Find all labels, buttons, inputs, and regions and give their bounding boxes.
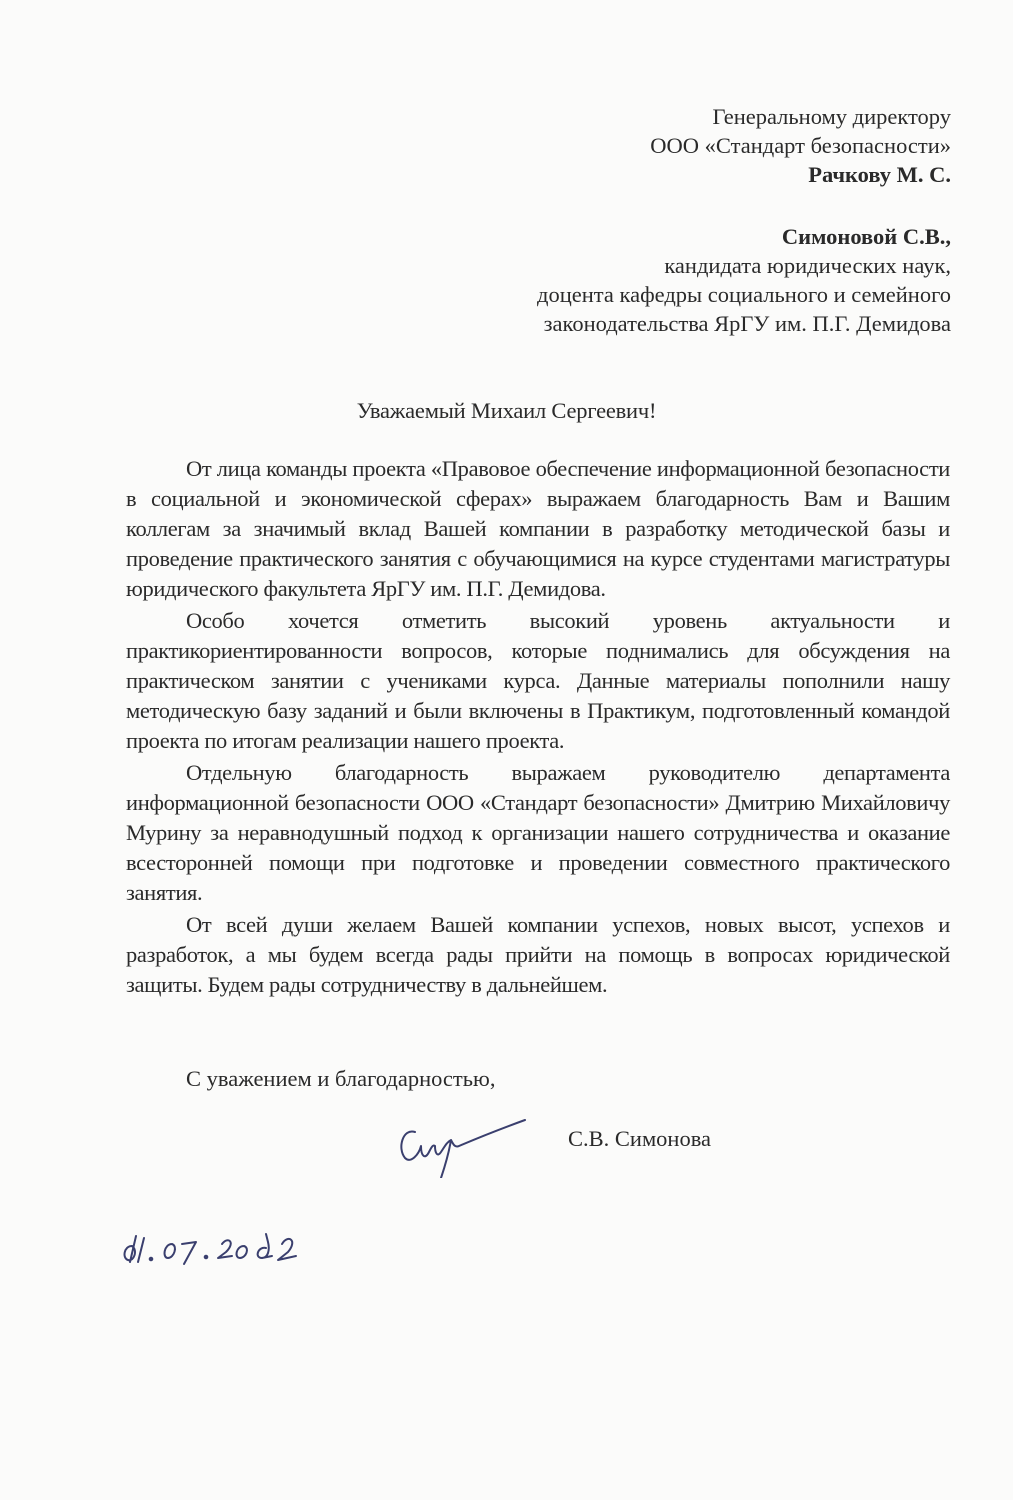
signature-icon (393, 1118, 528, 1178)
closing-phrase: С уважением и благодарностью, (186, 1066, 495, 1092)
signer-name: С.В. Симонова (568, 1126, 711, 1152)
addressee-company: ООО «Стандарт безопасности» (650, 131, 951, 160)
sender-degree: кандидата юридических наук, (537, 251, 951, 280)
sender-name: Симоновой С.В., (537, 222, 951, 251)
sender-position: доцента кафедры социального и семейного (537, 280, 951, 309)
sender-block: Симоновой С.В., кандидата юридических на… (537, 222, 951, 338)
handwritten-date (118, 1222, 338, 1272)
addressee-title: Генеральному директору (650, 102, 951, 131)
paragraph: Особо хочется отметить высокий уровень а… (126, 606, 950, 756)
greeting: Уважаемый Михаил Сергеевич! (0, 398, 1013, 424)
addressee-block: Генеральному директору ООО «Стандарт без… (650, 102, 951, 189)
paragraph: От всей души желаем Вашей компании успех… (126, 910, 950, 1000)
paragraph: Отдельную благодарность выражаем руковод… (126, 758, 950, 908)
letter-page: Генеральному директору ООО «Стандарт без… (0, 0, 1013, 1500)
letter-body: От лица команды проекта «Правовое обеспе… (126, 454, 950, 1002)
addressee-name: Рачкову М. С. (650, 160, 951, 189)
paragraph: От лица команды проекта «Правовое обеспе… (126, 454, 950, 604)
sender-department: законодательства ЯрГУ им. П.Г. Демидова (537, 309, 951, 338)
